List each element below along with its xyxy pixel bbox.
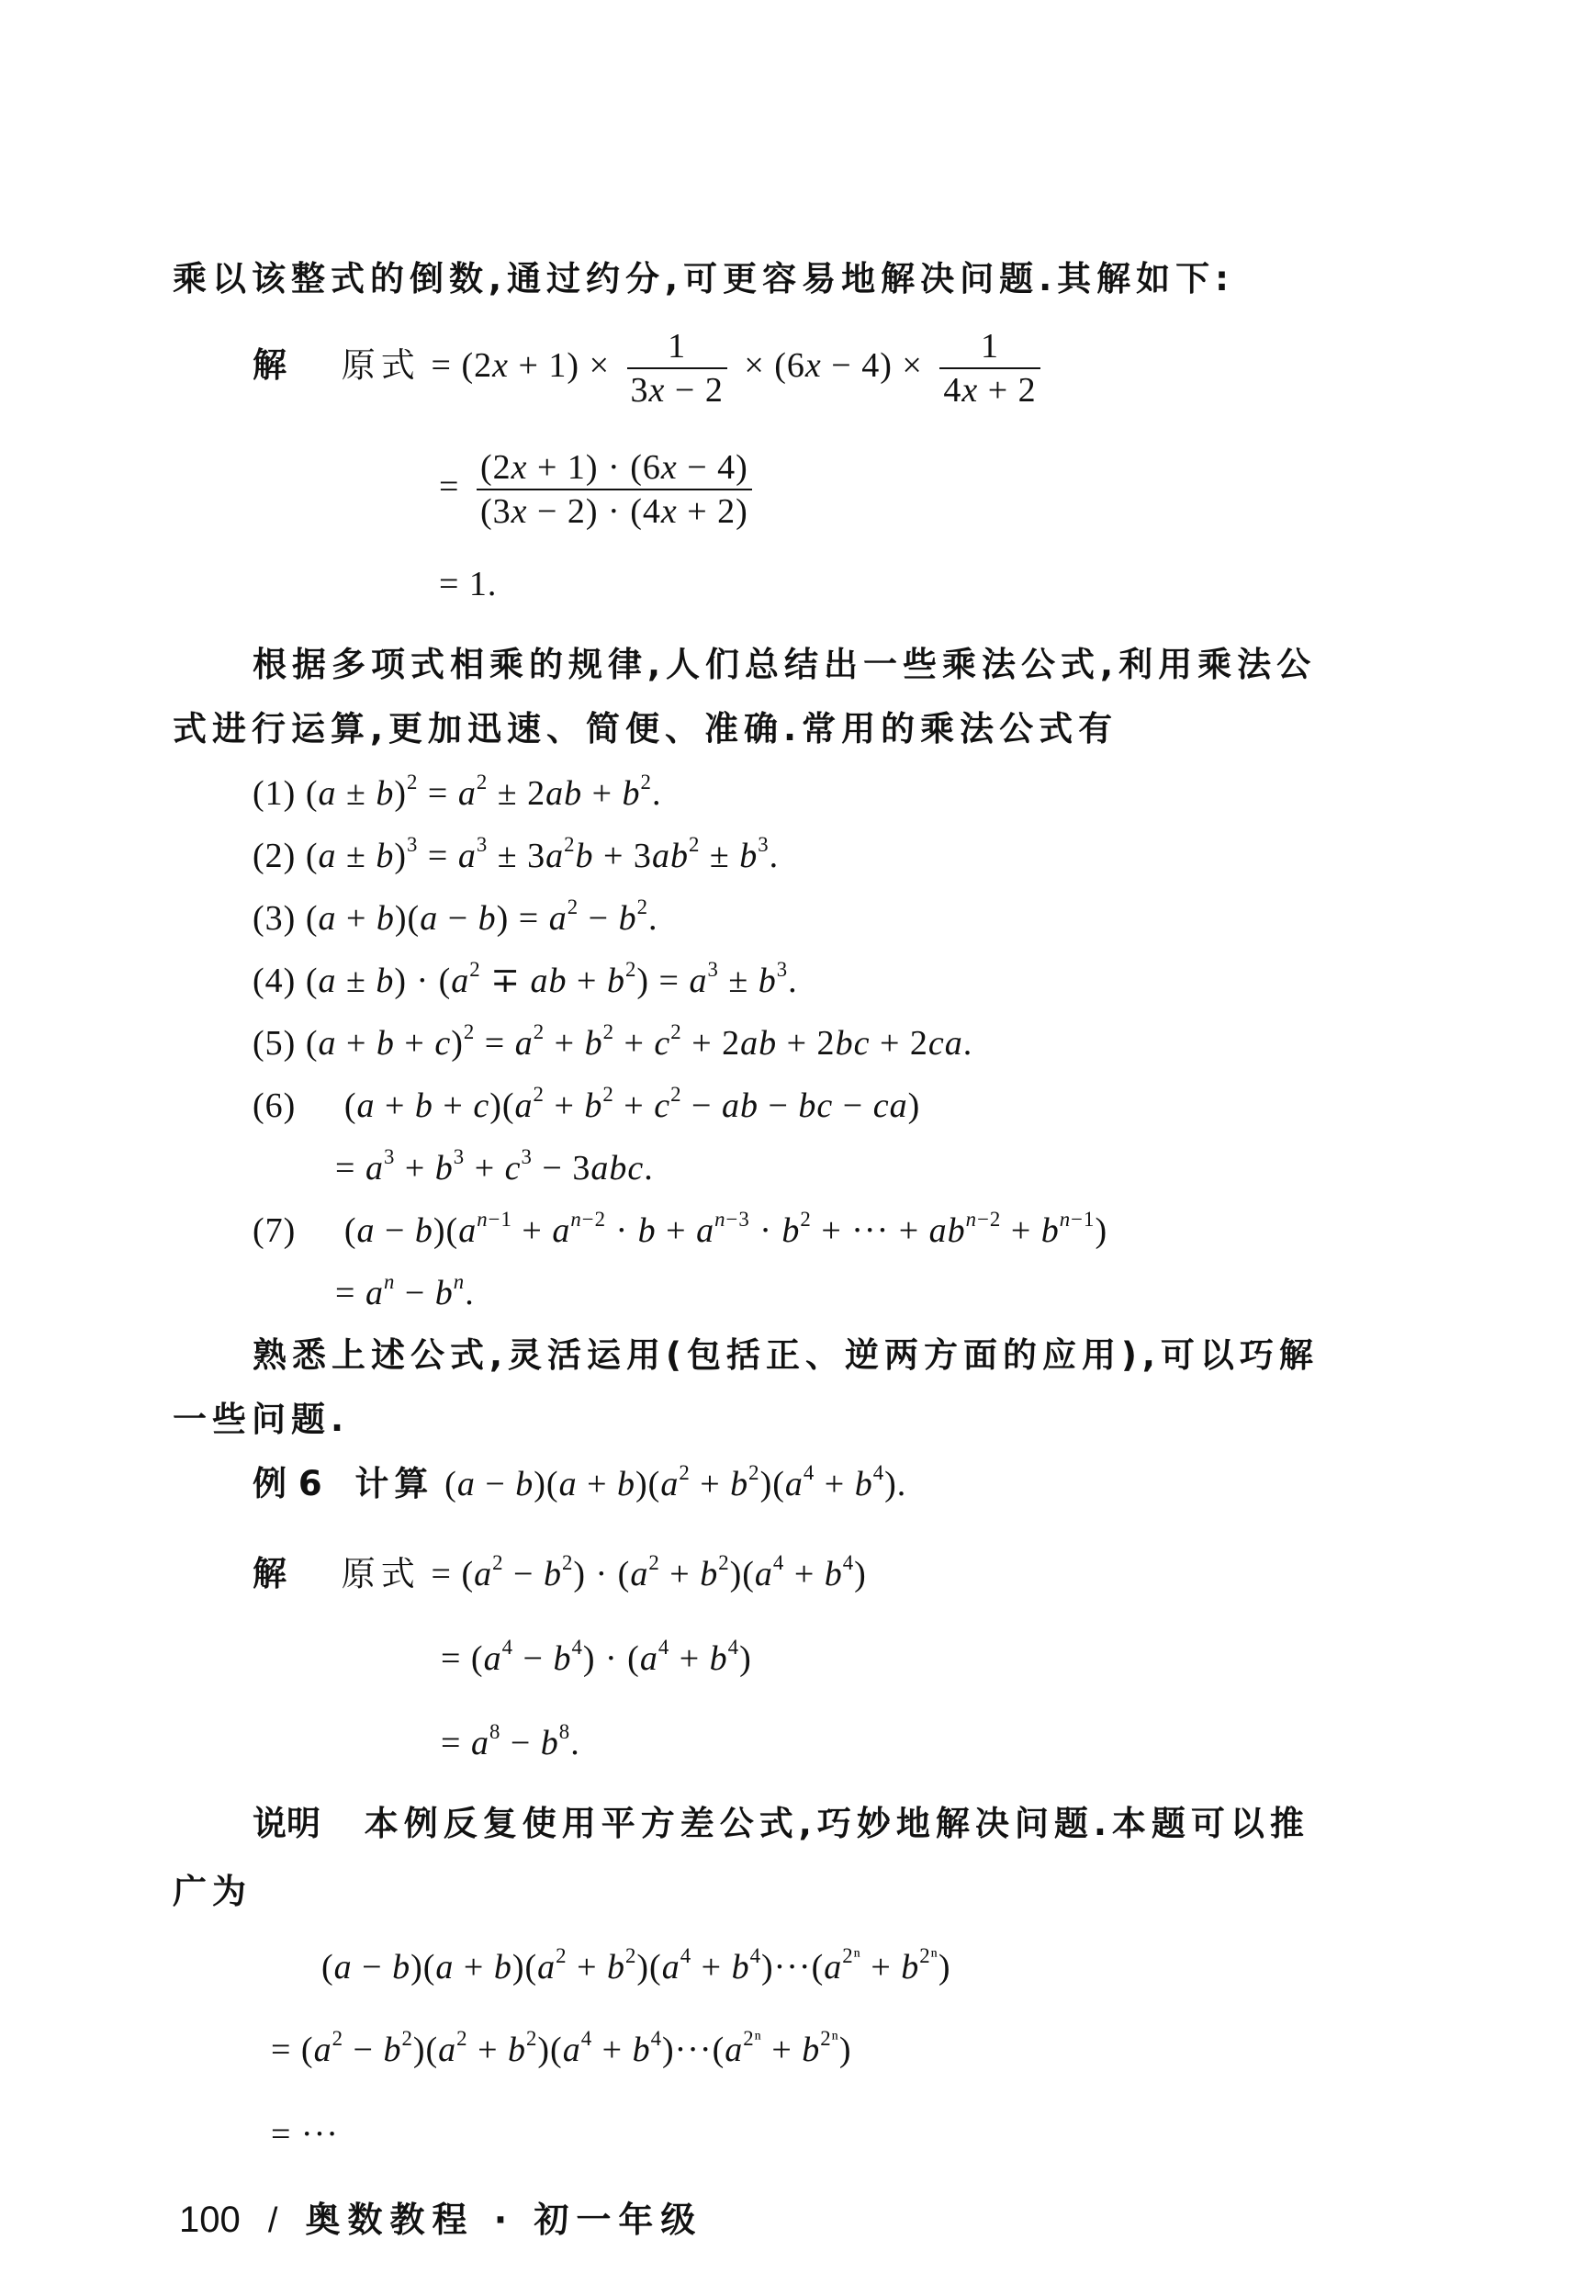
exponent: 2 [625, 958, 636, 981]
math-text: + b [545, 1086, 602, 1125]
book-title: 奥数教程 · 初一年级 [306, 2200, 703, 2240]
math-text: (2x + 1) · (6x − 4) [480, 448, 748, 487]
math-text: )(a [413, 2031, 456, 2069]
math-text: ∓ ab + b [481, 962, 625, 1000]
exponent: 2 [689, 833, 700, 856]
math-text: 1 [981, 327, 999, 366]
example-6-line: 例 6 计算 (a − b)(a + b)(a2 + b2)(a4 + b4). [253, 1462, 906, 1506]
combined-fraction: (2x + 1) · (6x − 4) (3x − 2) · (4x + 2) [477, 446, 752, 533]
math-text: ± 2ab + b [488, 774, 640, 813]
math-text: 3x − 2 [631, 371, 724, 410]
exponent: 2 [603, 1020, 614, 1043]
exponent: n−3 [714, 1208, 750, 1231]
formula-row: = an − bn. [335, 1271, 475, 1315]
formula-row: (4) (a ± b) · (a2 ∓ ab + b2) = a3 ± b3. [253, 959, 798, 1003]
exponent: 2 [641, 771, 652, 793]
math-text: (a ± b) [306, 837, 407, 875]
formula-body: (a ± b)2 = a2 ± 2ab + b2. [306, 774, 662, 813]
math-text: ± 3a [488, 837, 564, 875]
formula-row: = a3 + b3 + c3 − 3abc. [335, 1146, 654, 1190]
math-text: . [648, 899, 658, 938]
math-text: ) [854, 1555, 867, 1593]
exponent: n−2 [966, 1208, 1002, 1231]
exponent: 2ⁿ [842, 1944, 861, 1967]
formula-body: (a + b)(a − b) = a2 − b2. [306, 899, 658, 938]
exponent: 2 [401, 2027, 412, 2050]
math-text: + b [691, 1948, 749, 1986]
original-expression-label: 原式 [342, 1554, 421, 1593]
exponent: 2ⁿ [820, 2027, 839, 2050]
familiar-line-2: 一些问题. [173, 1398, 349, 1442]
exponent: 2 [648, 1551, 659, 1574]
math-text: − 3abc. [533, 1149, 654, 1187]
exponent: 4 [571, 1636, 582, 1659]
familiar-line-1: 熟悉上述公式,灵活运用(包括正、逆两方面的应用),可以巧解 [253, 1334, 1319, 1378]
formula-intro-line-1: 根据多项式相乘的规律,人们总结出一些乘法公式,利用乘法公 [253, 643, 1316, 687]
math-text: ± b [719, 962, 777, 1000]
math-text: + b [395, 1149, 453, 1187]
generalization-line-3: = ··· [271, 2112, 339, 2156]
math-text: )(a [636, 1948, 680, 1986]
math-text: − ab − bc − ca) [682, 1086, 921, 1125]
math-text: (a + b)(a − b) = a [306, 899, 568, 938]
math-text: + b [545, 1024, 602, 1063]
math-text: + b [468, 2031, 526, 2069]
note-line-2: 广为 [173, 1870, 252, 1914]
math-text: + b [815, 1465, 872, 1503]
exponent: 2 [670, 1083, 681, 1106]
example-verb: 计算 [354, 1464, 433, 1503]
example-label: 例 6 [253, 1464, 322, 1503]
math-text: + b [568, 1948, 625, 1986]
formula-body: (a ± b) · (a2 ∓ ab + b2) = a3 ± b3. [306, 962, 798, 1000]
fraction-1-over-3x-minus-2: 1 3x − 2 [627, 325, 727, 411]
solution-2-line-2: = (a4 − b4) · (a4 + b4) [441, 1637, 752, 1681]
formula-intro-line-2: 式进行运算,更加迅速、简便、准确.常用的乘法公式有 [173, 707, 1118, 751]
note-line-1: 说明 本例反复使用平方差公式,巧妙地解决问题.本题可以推 [253, 1802, 1309, 1846]
math-text: ) [839, 2031, 852, 2069]
exponent: 2 [718, 1551, 729, 1574]
solution-1-term-b: × (6x − 4) × [744, 346, 932, 385]
exponent: 3 [707, 958, 718, 981]
exponent: 2 [679, 1461, 690, 1484]
math-text: . [570, 1724, 580, 1762]
formula-number: (2) [253, 837, 306, 875]
fraction-denominator: 4x + 2 [939, 369, 1040, 411]
math-text: − b [500, 1724, 558, 1762]
math-text: ). [884, 1465, 906, 1503]
generalization-line-1: (a − b)(a + b)(a2 + b2)(a4 + b4)···(a2ⁿ … [321, 1945, 951, 1989]
math-text: + b [691, 1465, 748, 1503]
math-text: . [788, 962, 798, 1000]
exponent: 2 [556, 1944, 567, 1967]
math-text: + ··· + ab [812, 1211, 966, 1250]
formula-row: (5) (a + b + c)2 = a2 + b2 + c2 + 2ab + … [253, 1021, 972, 1065]
intro-paragraph: 乘以该整式的倒数,通过约分,可更容易地解决问题.其解如下: [173, 257, 1234, 301]
math-text: ) = a [636, 962, 707, 1000]
math-text: − b [343, 2031, 401, 2069]
math-text: + b [660, 1555, 718, 1593]
exponent: 2 [534, 1020, 545, 1043]
solution-label: 解 [253, 345, 287, 385]
exponent: 4 [728, 1636, 739, 1659]
exponent: 2 [407, 771, 418, 793]
formula-body: (a − b)(an−1 + an−2 · b + an−3 · b2 + ··… [306, 1211, 1107, 1250]
math-text: ± b [700, 837, 758, 875]
exponent: 2ⁿ [743, 2027, 762, 2050]
formula-number: (7) [253, 1211, 306, 1250]
math-text: ) [938, 1948, 951, 1986]
math-text: + 2ab + 2bc + 2ca. [682, 1024, 973, 1063]
solution-2-expr: = (a2 − b2) · (a2 + b2)(a4 + b4) [432, 1555, 867, 1593]
math-text: ) · (a [573, 1555, 648, 1593]
math-text: (a + b + c) [306, 1024, 464, 1063]
textbook-page: 乘以该整式的倒数,通过约分,可更容易地解决问题.其解如下: 解 原式 = (2x… [0, 0, 1596, 2296]
exponent: 3 [454, 1145, 465, 1168]
math-text: = a [335, 1274, 384, 1312]
exponent: 2 [670, 1020, 681, 1043]
solution-1-line-3: = 1. [439, 562, 497, 606]
exponent: 4 [750, 1944, 761, 1967]
formula-row: (2) (a ± b)3 = a3 ± 3a2b + 3ab2 ± b3. [253, 834, 779, 878]
exponent: 4 [658, 1636, 669, 1659]
math-text: . [770, 837, 780, 875]
exponent: 3 [407, 833, 418, 856]
exponent: n−1 [1060, 1208, 1096, 1231]
solution-1-line-1: 解 原式 = (2x + 1) × 1 3x − 2 × (6x − 4) × … [253, 320, 1048, 411]
exponent: 3 [477, 833, 488, 856]
exponent: 4 [773, 1551, 784, 1574]
note-label: 说明 [253, 1804, 320, 1843]
math-text: + b [861, 1948, 919, 1986]
exponent: 2 [526, 2027, 537, 2050]
math-text: 1 [668, 327, 686, 366]
exponent: 2 [562, 1551, 573, 1574]
formula-row: (3) (a + b)(a − b) = a2 − b2. [253, 896, 658, 940]
fraction-numerator: 1 [664, 325, 690, 367]
exponent: 4 [804, 1461, 815, 1484]
math-text: · b [750, 1211, 801, 1250]
exponent: 2 [564, 833, 575, 856]
fraction-denominator: 3x − 2 [627, 369, 727, 411]
page-number: 100 [179, 2200, 241, 2240]
solution-1-line-2: = (2x + 1) · (6x − 4) (3x − 2) · (4x + 2… [439, 441, 759, 533]
math-text: . [465, 1274, 475, 1312]
exponent: 8 [489, 1720, 500, 1743]
exponent: 2 [800, 1208, 811, 1231]
math-text: = a [475, 1024, 533, 1063]
solution-2-line-1: 解 原式 = (a2 − b2) · (a2 + b2)(a4 + b4) [253, 1552, 867, 1596]
formula-row: (7) (a − b)(an−1 + an−2 · b + an−3 · b2 … [253, 1209, 1107, 1253]
fraction-denominator: (3x − 2) · (4x + 2) [477, 490, 752, 533]
math-text: + b [784, 1555, 842, 1593]
math-text: ) · (a [583, 1639, 658, 1678]
math-text: = a [418, 774, 476, 813]
math-text: · b + a [606, 1211, 714, 1250]
exponent: 4 [843, 1551, 854, 1574]
math-text: ) [1095, 1211, 1107, 1250]
footer-separator: / [268, 2201, 278, 2240]
exponent: 3 [522, 1145, 533, 1168]
exponent: 3 [777, 958, 788, 981]
exponent: 8 [559, 1720, 570, 1743]
formula-number: (6) [253, 1086, 306, 1125]
example-6-expression: (a − b)(a + b)(a2 + b2)(a4 + b4). [444, 1465, 906, 1503]
exponent: n [454, 1270, 465, 1293]
formula-row: (1) (a ± b)2 = a2 ± 2ab + b2. [253, 771, 661, 816]
math-text: = ··· [271, 2115, 339, 2154]
exponent: n−2 [570, 1208, 606, 1231]
solution-label: 解 [253, 1554, 287, 1593]
fraction-numerator: 1 [977, 325, 1003, 367]
math-text: (a − b)(a + b)(a [321, 1948, 556, 1986]
math-text: )···(a [761, 1948, 842, 1986]
solution-1-term-a: = (2x + 1) × [432, 346, 610, 385]
exponent: 2 [534, 1083, 545, 1106]
original-expression-label: 原式 [342, 345, 421, 385]
exponent: 4 [873, 1461, 884, 1484]
math-text: = a [335, 1149, 384, 1187]
exponent: 4 [680, 1944, 691, 1967]
math-text: + b [592, 2031, 650, 2069]
math-text: = (a [271, 2031, 332, 2069]
formula-number: (5) [253, 1024, 306, 1063]
exponent: 2 [332, 2027, 343, 2050]
math-text: . [652, 774, 662, 813]
math-text: (a ± b) · (a [306, 962, 469, 1000]
math-text: + a [512, 1211, 570, 1250]
exponent: 2 [625, 1944, 636, 1967]
math-text: − b [579, 899, 636, 938]
generalization-line-2: = (a2 − b2)(a2 + b2)(a4 + b4)···(a2ⁿ + b… [271, 2028, 852, 2072]
math-text: )(a [730, 1555, 773, 1593]
exponent: 4 [502, 1636, 513, 1659]
formula-number: (3) [253, 899, 306, 938]
formula-body: (a + b + c)(a2 + b2 + c2 − ab − bc − ca) [306, 1086, 920, 1125]
math-text: − b [513, 1639, 571, 1678]
math-text: )(a [537, 2031, 580, 2069]
math-text: = a [441, 1724, 489, 1762]
formula-number: (1) [253, 774, 306, 813]
exponent: 2 [477, 771, 488, 793]
math-text: × (6x − 4) × [744, 346, 932, 385]
exponent: 2 [456, 2027, 467, 2050]
equals-sign: = [439, 467, 459, 506]
math-text: − b [395, 1274, 453, 1312]
exponent: 2 [748, 1461, 759, 1484]
exponent: 2 [602, 1083, 613, 1106]
math-text: 4x + 2 [943, 371, 1036, 410]
note-text: 本例反复使用平方差公式,巧妙地解决问题.本题可以推 [365, 1804, 1309, 1843]
exponent: 2 [469, 958, 480, 981]
math-text: + c [614, 1024, 670, 1063]
math-text: = (a [432, 1555, 493, 1593]
math-text: + b [762, 2031, 820, 2069]
math-text: ) [739, 1639, 752, 1678]
exponent: 2ⁿ [919, 1944, 938, 1967]
math-text: (a ± b) [306, 774, 407, 813]
fraction-1-over-4x-plus-2: 1 4x + 2 [939, 325, 1040, 411]
math-text: )···(a [662, 2031, 743, 2069]
exponent: 2 [568, 895, 579, 918]
exponent: 4 [581, 2027, 592, 2050]
exponent: n−1 [477, 1208, 512, 1231]
math-text: − b [504, 1555, 562, 1593]
exponent: 3 [758, 833, 769, 856]
math-text: )(a [760, 1465, 804, 1503]
formula-row: (6) (a + b + c)(a2 + b2 + c2 − ab − bc −… [253, 1084, 920, 1128]
exponent: 3 [384, 1145, 395, 1168]
exponent: 2 [464, 1020, 475, 1043]
math-text: = (a [441, 1639, 502, 1678]
formula-body: (a + b + c)2 = a2 + b2 + c2 + 2ab + 2bc … [306, 1024, 972, 1063]
page-footer: 100 / 奥数教程 · 初一年级 [179, 2191, 702, 2242]
exponent: 2 [637, 895, 648, 918]
exponent: 2 [492, 1551, 503, 1574]
math-text: (3x − 2) · (4x + 2) [480, 492, 748, 531]
math-text: = a [418, 837, 476, 875]
math-text: + b [1001, 1211, 1059, 1250]
formula-body: (a ± b)3 = a3 ± 3a2b + 3ab2 ± b3. [306, 837, 779, 875]
formula-number: (4) [253, 962, 306, 1000]
math-text: + c [614, 1086, 670, 1125]
math-text: (a + b + c)(a [306, 1086, 534, 1125]
math-text: + b [669, 1639, 727, 1678]
math-text: b + 3ab [576, 837, 689, 875]
formula-body: = an − bn. [335, 1274, 475, 1312]
exponent: n [384, 1270, 395, 1293]
math-text: + c [465, 1149, 521, 1187]
fraction-numerator: (2x + 1) · (6x − 4) [477, 446, 752, 489]
formula-body: = a3 + b3 + c3 − 3abc. [335, 1149, 654, 1187]
solution-1-expr: = (2x + 1) × 1 3x − 2 × (6x − 4) × 1 4x … [432, 346, 1048, 385]
math-text: (a − b)(a [306, 1211, 477, 1250]
exponent: 4 [651, 2027, 662, 2050]
math-text: (a − b)(a + b)(a [444, 1465, 679, 1503]
solution-2-line-3: = a8 − b8. [441, 1721, 580, 1765]
